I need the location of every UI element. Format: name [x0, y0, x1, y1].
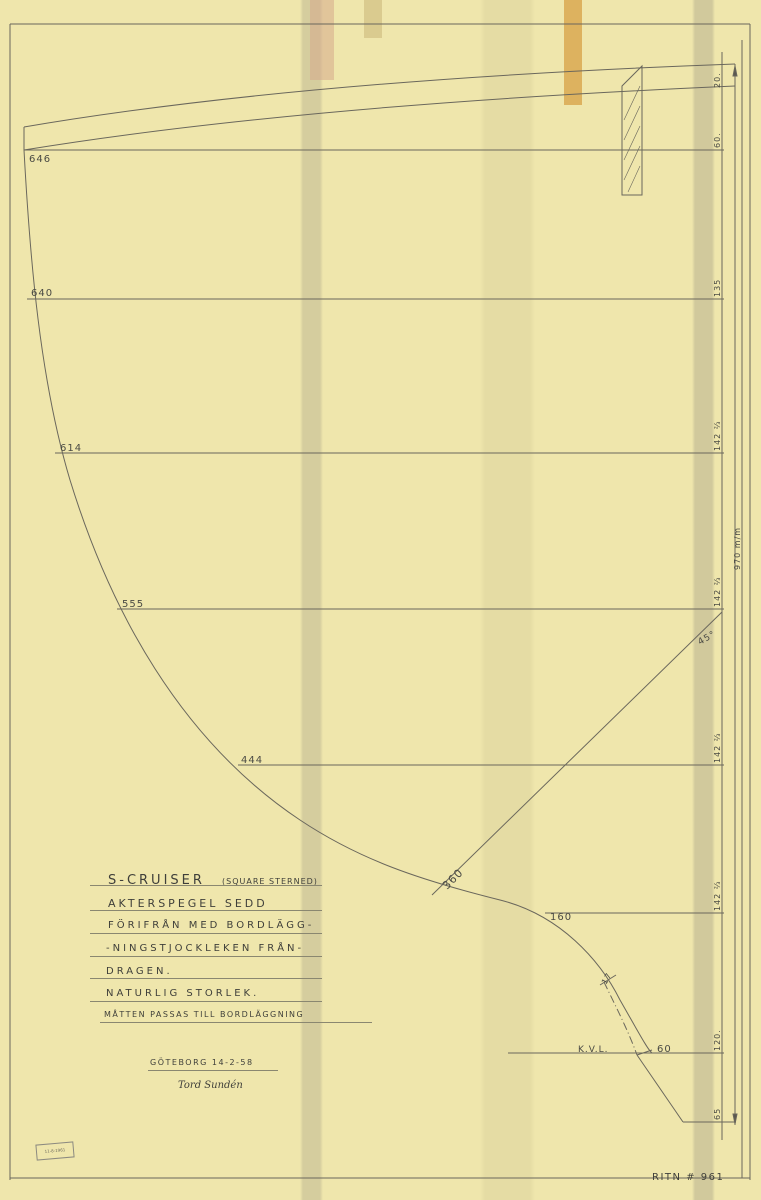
- title-underline: [90, 956, 322, 957]
- title-line-3: FÖRIFRÅN MED BORDLÄGG-: [108, 920, 314, 931]
- spacing-142-b: 142 ⅔: [713, 576, 722, 607]
- spacing-60: 60.: [713, 132, 722, 148]
- title-underline: [90, 910, 322, 911]
- title-underline: [90, 933, 322, 934]
- half-breadth-444: 444: [241, 755, 263, 766]
- drawing-number: RITN # 961: [652, 1172, 724, 1183]
- half-breadth-640: 640: [31, 288, 53, 299]
- diagonal-angle: 45°: [697, 629, 718, 647]
- half-breadth-60: 60: [657, 1044, 672, 1055]
- spacing-135: 135: [713, 279, 722, 297]
- title-line-6: NATURLIG STORLEK.: [106, 988, 259, 999]
- place-date: GÖTEBORG 14-2-58: [150, 1058, 254, 1067]
- half-breadth-555: 555: [122, 599, 144, 610]
- spacing-142-d: 142 ⅔: [713, 880, 722, 911]
- title-underline: [100, 1022, 372, 1023]
- half-breadth-614: 614: [60, 443, 82, 454]
- title-line-7: MÅTTEN PASSAS TILL BORDLÄGGNING: [104, 1010, 304, 1019]
- spacing-65: 65: [713, 1108, 722, 1120]
- spacing-20: 20.: [713, 72, 722, 88]
- stamp-date: 11-8-1961: [44, 1147, 65, 1154]
- waterline-label: K.V.L.: [578, 1045, 609, 1055]
- title-line-2: AKTERSPEGEL SEDD: [108, 897, 268, 910]
- title-line-4: -NINGSTJOCKLEKEN FRÅN-: [106, 943, 304, 954]
- signature: Tord Sundén: [178, 1080, 243, 1091]
- diagonal-length: 360: [440, 866, 466, 892]
- half-breadth-646: 646: [29, 154, 51, 165]
- title-underline: [90, 978, 322, 979]
- plank-thickness: 17: [600, 971, 614, 986]
- title-line-5: DRAGEN.: [106, 966, 173, 977]
- title-underline: [90, 885, 322, 886]
- overall-height: 970 m/m: [733, 527, 742, 570]
- archive-stamp: 11-8-1961: [35, 1141, 74, 1160]
- date-underline: [148, 1070, 278, 1071]
- spacing-142-c: 142 ⅔: [713, 732, 722, 763]
- half-breadth-160: 160: [550, 912, 572, 923]
- lines-plan-drawing: 646 640 614 555 444 160 60 K.V.L. 360 45…: [0, 0, 761, 1200]
- spacing-120: 120.: [713, 1029, 722, 1051]
- title-underline: [90, 1001, 322, 1002]
- spacing-142-a: 142 ⅔: [713, 420, 722, 451]
